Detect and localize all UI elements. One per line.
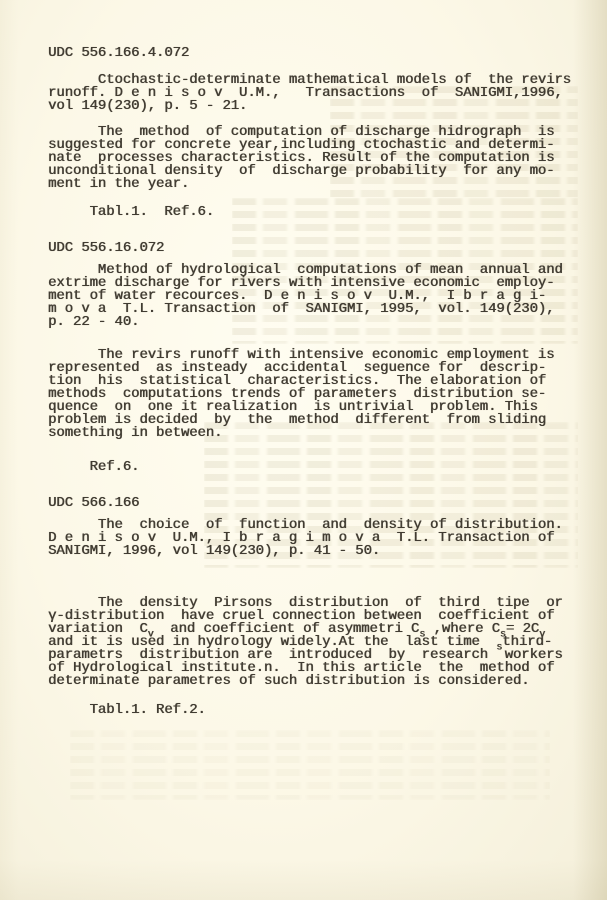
citation-line: p. 22 - 40. (48, 316, 607, 329)
bleedthrough-ghost-text (70, 730, 550, 800)
abstract-line: something in between. (48, 427, 607, 440)
ref-line: Tabl.1. Ref.2. (48, 704, 607, 717)
ref-line: Tabl.1. Ref.6. (48, 206, 607, 219)
abstract-line: determinate parametres of such distribut… (48, 675, 607, 688)
scanned-abstract-page: UDC 556.166.4.072 Ctochastic-determinate… (0, 0, 607, 900)
abstract-line: ment in the year. (48, 178, 607, 191)
citation-line: vol 149(230), p. 5 - 21. (48, 100, 607, 113)
abstract-entry: UDC 566.166 The choice of function and d… (48, 497, 607, 717)
udc-code: UDC 556.16.072 (48, 242, 607, 255)
ref-line: Ref.6. (48, 461, 607, 474)
abstract-entry: UDC 556.16.072 Method of hydrological co… (48, 242, 607, 474)
citation-line: SANIGMI, 1996, vol 149(230), p. 41 - 50. (48, 545, 607, 558)
abstract-entry: UDC 556.166.4.072 Ctochastic-determinate… (48, 47, 607, 219)
udc-code: UDC 566.166 (48, 497, 607, 510)
udc-code: UDC 556.166.4.072 (48, 47, 607, 60)
